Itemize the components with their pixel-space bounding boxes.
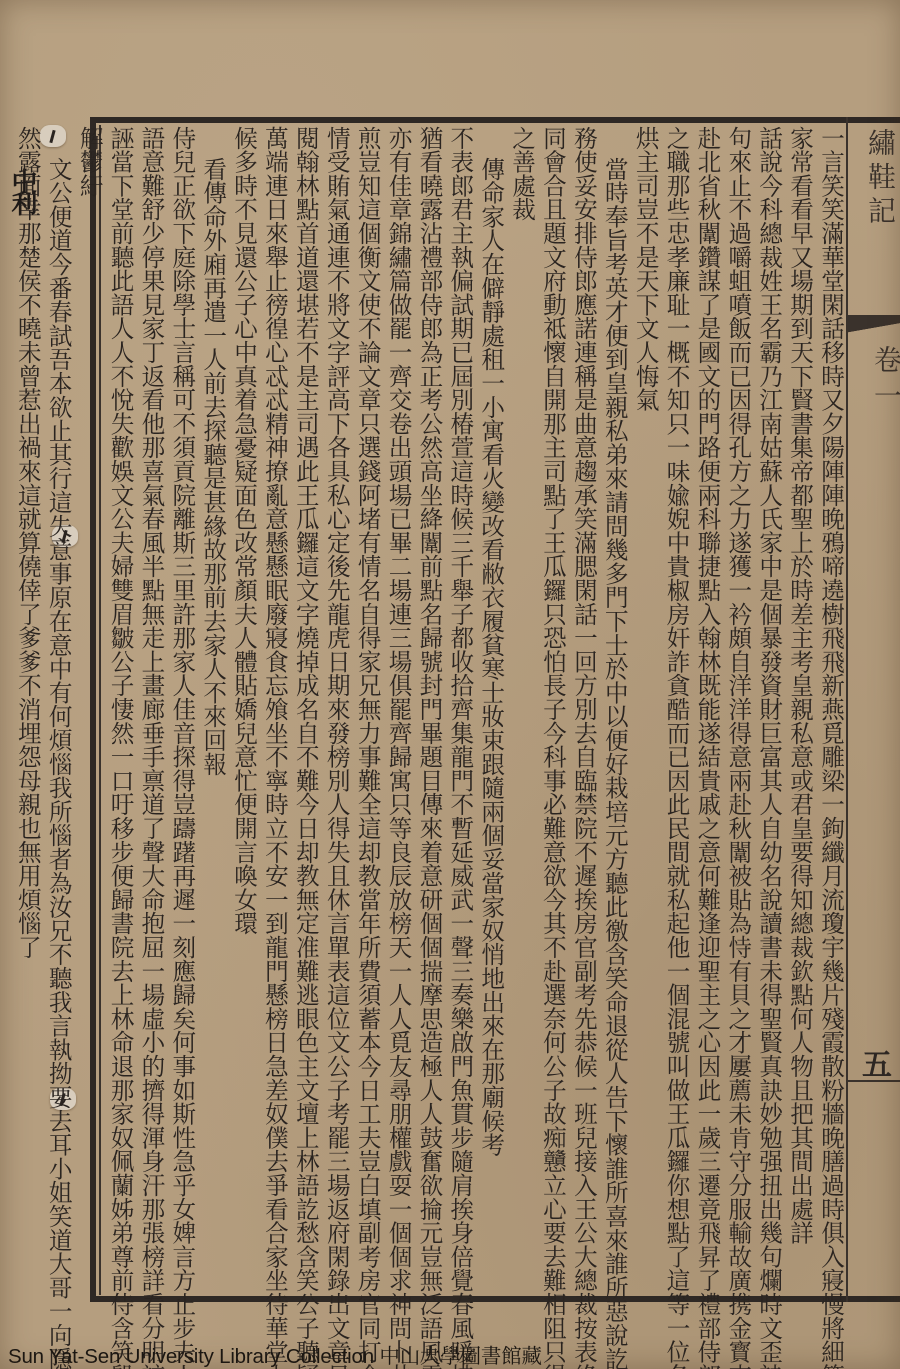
text-column: 候多時不見還公子心中真着急憂疑面色改常顏夫人體貼嬌兒意忙便開言喚女環 <box>228 126 259 1298</box>
text-column: 煎豈知這個衡文使不論文章只選錢阿堵有情名自得家兄無力事難全這却教當年所費須蓄本今… <box>352 126 383 1298</box>
text-column: 家常看看早又場期到天下賢書集帝都聖上於時差主考皇親私意或君皇要得知總裁欽點何人物… <box>784 126 815 1298</box>
text-column: 同會合且題文府動祗懷自開那主司點了王瓜鑼只恐怕長子今科事必難意欲今其不赴選奈何公… <box>537 126 568 1298</box>
text-column: 解鬱紆 <box>74 126 105 1298</box>
fishtail-mark-icon <box>848 315 900 337</box>
text-column-indented: 傳命家人在僻靜處租一小寓看火變改看敝衣履貧寒士妝束跟隨兩個妥當家奴悄地出來在那廟… <box>475 126 506 1329</box>
text-column-indented: 看傳命外廂再遣一人前去探聽是甚緣故那前去家人不來回報 <box>197 126 228 1329</box>
text-column: 猶看曉露沾禮部侍郎為正考公然高坐絳闈前點名歸號封門畢題目傳來着意研個個揣摩思造極… <box>414 126 445 1298</box>
text-column-indented: 文公便道今番春試吾本欲止其行這失意事原在意中有何煩惱我所惱者為汝兄不聽我言執拗要… <box>43 126 74 1329</box>
text-column: 侍兒正欲下庭除學士言稱可不須貢院離斯三里許那家人佳音探得豈躊躇再遲一刻應歸矣何事… <box>166 126 197 1298</box>
vertical-text-body: 一言笑笑滿華堂閑話移時又夕陽陣陣晚鴉啼遶樹飛飛新燕覓雕梁一鉤纖月流瓊宇幾片殘霞散… <box>104 126 846 1298</box>
text-column-indented: 當時奉旨考英才便到皇親私弟來請問幾多門下士於中以便好栽培元方聽此徼含笑命退從人告… <box>599 126 630 1329</box>
block-mouth-rule <box>848 1080 900 1082</box>
text-column: 閱翰林點首道還堪若不是主司遇此王瓜鑼這文字燒掉成名自不難今日却教無定准難逃眼色主… <box>290 126 321 1298</box>
text-column: 然露面幸那楚侯不曉未曾惹出禍來這就算僥倖了爹爹不消埋怨母親也無用煩惱了 <box>12 126 43 1298</box>
text-column: 一言笑笑滿華堂閑話移時又夕陽陣陣晚鴉啼遶樹飛飛新燕覓雕梁一鉤纖月流瓊宇幾片殘霞散… <box>815 126 846 1298</box>
collection-watermark: Sun Yat-Sen University Library Collectio… <box>8 1339 542 1369</box>
text-column: 之善處裁 <box>506 126 537 1298</box>
text-column: 萬端連日來舉止徬徨心忒忒精神撩亂意懸懸眠廢寢食忘飧坐不寧時立不安一到龍門懸榜日急… <box>259 126 290 1298</box>
text-column: 誣當下堂前聽此語人人不悅失歡娛文公夫婦雙眉皺公子悽然一口吁移步便歸書院去上林命退… <box>105 126 136 1298</box>
text-column: 之職那些忠孝廉耻一概不知只一味婾婗中貴椒房奸詐貪酷而已因此民間就私起他一個混號叫… <box>661 126 692 1298</box>
text-column: 句來止不過嚼蛆噴飯而已因得孔方之力遂獲一衿頗自洋洋得意兩赴秋闈被貼為恃有貝之才屢… <box>722 126 753 1298</box>
text-column: 烘主司豈不是天下文人悔氣 <box>630 126 661 1298</box>
page-number: 五 <box>862 1040 892 1084</box>
volume-label: 卷一 <box>866 345 900 417</box>
text-column: 不表郎君主執偏試期已屆別椿萱這時候三千舉子都收拾齊集龍門不暫延威武一聲三奏樂啟門… <box>444 126 475 1298</box>
text-column: 話說今科總裁姓王名霸乃江南姑蘇人氏家中是個暴發資財巨富其人自幼名說讀書未得聖賢真… <box>753 126 784 1298</box>
scanned-page: 中利 一言笑笑滿華堂閑話移時又夕陽陣陣晚鴉啼遶樹飛飛新燕覓雕梁一鉤纖月流瓊宇幾片… <box>0 0 900 1369</box>
text-column: 務使妥安排侍郎應諾連稱是曲意趨承笑滿腮閑話一回方別去自臨禁院不遲挨房官副考先恭候… <box>568 126 599 1298</box>
block-mouth-center-strip <box>846 117 900 1302</box>
text-column: 情受賄氣通連不將文字評高下各具私心定後先龍虎日期來發榜別人得失且休言單表這位文公… <box>321 126 352 1298</box>
text-column: 語意難舒少停果見家丁返看他那喜氣春風半點無走上畫廊垂手禀道了聲大命抱屈一場虛小的… <box>136 126 167 1298</box>
text-column: 亦有佳章錦繡篇做罷一齊交卷出頭場已畢二場連三場俱罷齊歸寓只等良辰放榜天一人人覓友… <box>383 126 414 1298</box>
book-title: 繡鞋記 <box>862 128 898 230</box>
text-column: 赴北省秋闈鑽謀了是國文的門路便兩科聯捷點入翰林既能遂結貴戚之意何難逢迎聖主之心因… <box>692 126 723 1298</box>
